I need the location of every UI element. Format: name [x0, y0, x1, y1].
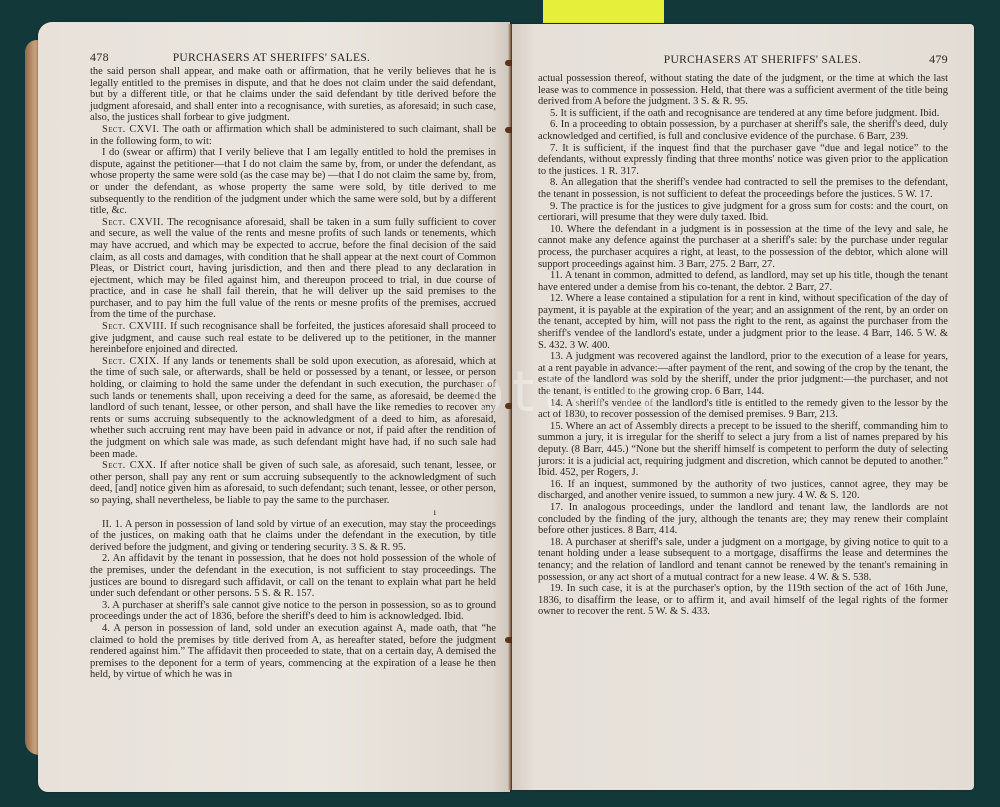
note-paragraph: 18. A purchaser at sheriff's sale, under…: [538, 537, 948, 583]
note-paragraph: 13. A judgment was recovered against the…: [538, 351, 948, 397]
note-paragraph: 17. In analogous proceedings, under the …: [538, 502, 948, 537]
left-header-title: PURCHASERS AT SHERIFFS' SALES.: [173, 52, 370, 64]
right-page-number: 479: [929, 52, 948, 67]
note-paragraph: 12. Where a lease contained a stipulatio…: [538, 293, 948, 351]
left-page: 478 PURCHASERS AT SHERIFFS' SALES. the s…: [38, 22, 510, 792]
section-paragraph: Sect. CXX. If after notice shall be give…: [90, 460, 496, 506]
note-paragraph: 5. It is sufficient, if the oath and rec…: [538, 108, 948, 120]
note-paragraph: 19. In such case, it is at the purchaser…: [538, 583, 948, 618]
note-paragraph: 2. An affidavit by the tenant in possess…: [90, 553, 496, 599]
note-paragraph: 3. A purchaser at sheriff's sale cannot …: [90, 600, 496, 623]
printer-mark: ı: [90, 507, 496, 519]
section-label: Sect. CXIX.: [102, 356, 160, 367]
note-paragraph: 9. The practice is for the justices to g…: [538, 201, 948, 224]
left-page-body: the said person shall appear, and make o…: [90, 66, 496, 681]
note-paragraph: 14. A sheriff's vendee of the landlord's…: [538, 398, 948, 421]
paragraph: the said person shall appear, and make o…: [90, 66, 496, 124]
section-paragraph: Sect. CXVII. The recognisance aforesaid,…: [90, 217, 496, 321]
note-paragraph: 8. An allegation that the sheriff's vend…: [538, 177, 948, 200]
section-paragraph: Sect. CXVIII. If such recognisance shall…: [90, 321, 496, 356]
note-paragraph: 16. If an inquest, summoned by the autho…: [538, 479, 948, 502]
section-paragraph: Sect. CXIX. If any lands or tenements sh…: [90, 356, 496, 460]
right-header-title: PURCHASERS AT SHERIFFS' SALES.: [664, 54, 861, 66]
note-paragraph: II. 1. A person in possession of land so…: [90, 519, 496, 554]
right-page: PURCHASERS AT SHERIFFS' SALES. 479 actua…: [512, 24, 974, 790]
note-paragraph: 6. In a proceeding to obtain possession,…: [538, 119, 948, 142]
left-running-head: 478 PURCHASERS AT SHERIFFS' SALES.: [90, 50, 454, 65]
section-paragraph: Sect. CXVI. The oath or affirmation whic…: [90, 124, 496, 147]
note-paragraph: 15. Where an act of Assembly directs a p…: [538, 421, 948, 479]
paragraph: I do (swear or affirm) that I verily bel…: [90, 147, 496, 217]
section-label: Sect. CXX.: [102, 460, 156, 471]
section-label: Sect. CXVI.: [102, 124, 159, 135]
note-paragraph: 11. A tenant in common, admitted to defe…: [538, 270, 948, 293]
note-paragraph: 7. It is sufficient, if the inquest find…: [538, 143, 948, 178]
yellow-sticky-note: [543, 0, 664, 23]
right-running-head: PURCHASERS AT SHERIFFS' SALES. 479: [576, 52, 948, 67]
note-paragraph: 4. A person in possession of land, sold …: [90, 623, 496, 681]
right-page-body: actual possession thereof, without stati…: [538, 73, 948, 618]
note-paragraph: 10. Where the defendant in a judgment is…: [538, 224, 948, 270]
section-label: Sect. CXVII.: [102, 217, 164, 228]
section-label: Sect. CXVIII.: [102, 321, 167, 332]
paragraph: actual possession thereof, without stati…: [538, 73, 948, 108]
left-page-number: 478: [90, 50, 109, 65]
